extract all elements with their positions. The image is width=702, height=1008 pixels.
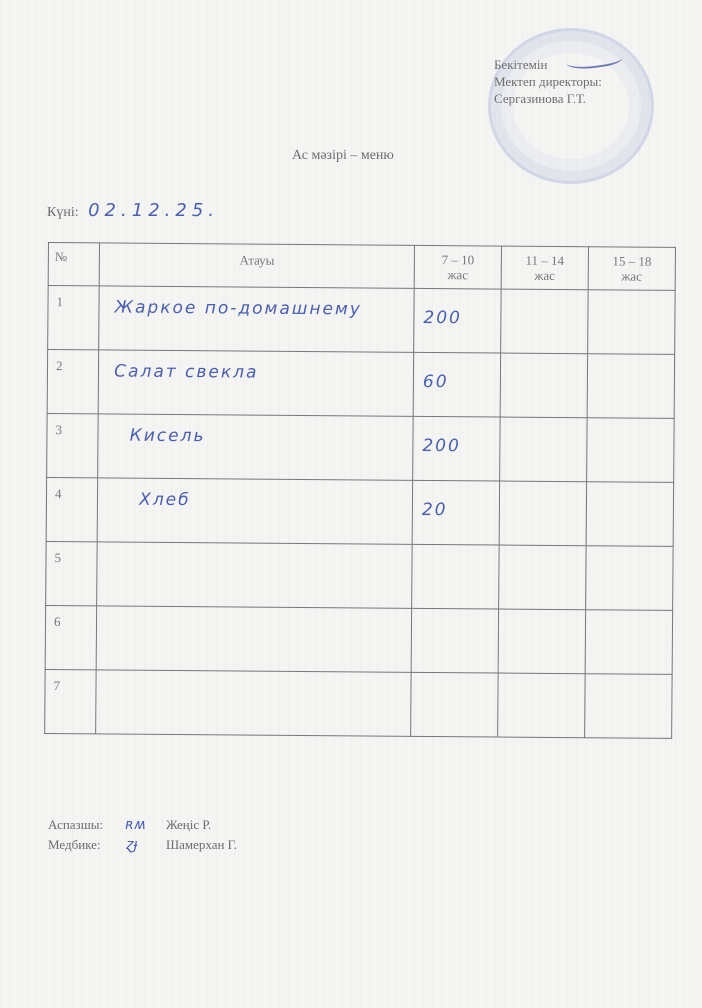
header-age-15-18: 15 – 18жас xyxy=(588,247,675,291)
header-no: № xyxy=(48,243,100,286)
date-value: 02.12.25. xyxy=(88,200,219,221)
table-row: 2 Салат свекла 60 xyxy=(47,350,674,419)
table-row: 7 xyxy=(45,669,672,738)
dish-name xyxy=(96,670,411,736)
dish-name: Салат свекла xyxy=(98,350,413,416)
header-name: Атауы xyxy=(99,243,414,288)
qty-11-14 xyxy=(501,289,588,354)
qty-7-10 xyxy=(411,672,498,737)
dish-name: Хлеб xyxy=(97,478,412,544)
date-row: Күні: 02.12.25. xyxy=(47,200,219,221)
table-row: 4 Хлеб 20 xyxy=(46,477,673,546)
qty-15-18 xyxy=(588,290,676,355)
qty-7-10: 60 xyxy=(413,352,500,417)
header-age-11-14: 11 – 14жас xyxy=(501,246,588,290)
qty-11-14 xyxy=(499,481,586,546)
qty-15-18 xyxy=(586,546,674,611)
qty-15-18 xyxy=(585,674,673,739)
qty-11-14 xyxy=(500,353,587,418)
dish-name xyxy=(96,606,411,672)
qty-11-14 xyxy=(498,609,585,674)
nurse-signature-row: Медбике: ɀɟ Шамерхан Г. xyxy=(48,835,237,855)
table-row: 1 Жаркое по-домашнему 200 xyxy=(48,286,675,355)
nurse-label: Медбике: xyxy=(48,835,126,855)
qty-11-14 xyxy=(498,673,585,738)
qty-7-10 xyxy=(412,544,499,609)
qty-11-14 xyxy=(499,545,586,610)
document-title: Ас мәзірі – меню xyxy=(292,148,394,164)
row-number: 2 xyxy=(47,350,99,414)
row-number: 7 xyxy=(45,669,97,733)
date-label: Күні: xyxy=(47,205,79,220)
row-number: 6 xyxy=(45,605,97,669)
dish-name: Кисель xyxy=(98,414,413,480)
cook-label: Аспазшы: xyxy=(48,815,126,835)
dish-name: Жаркое по-домашнему xyxy=(99,286,414,352)
cook-name: Жеңіс Р. xyxy=(166,815,211,835)
table-row: 3 Кисель 200 xyxy=(47,413,674,482)
nurse-name: Шамерхан Г. xyxy=(166,835,237,855)
table-row: 5 xyxy=(46,541,673,610)
nurse-signature: ɀɟ xyxy=(126,835,166,855)
cook-signature-row: Аспазшы: ʀʍ Жеңіс Р. xyxy=(48,815,237,835)
table-header-row: № Атауы 7 – 10жас 11 – 14жас 15 – 18жас xyxy=(48,243,675,291)
qty-7-10 xyxy=(411,608,498,673)
qty-7-10: 200 xyxy=(413,416,500,481)
table-row: 6 xyxy=(45,605,672,674)
qty-15-18 xyxy=(585,610,673,675)
qty-7-10: 200 xyxy=(414,288,501,353)
row-number: 1 xyxy=(48,286,100,350)
qty-11-14 xyxy=(500,417,587,482)
row-number: 4 xyxy=(46,477,98,541)
qty-15-18 xyxy=(587,418,675,483)
menu-table: № Атауы 7 – 10жас 11 – 14жас 15 – 18жас … xyxy=(44,242,676,739)
qty-15-18 xyxy=(587,354,675,419)
cook-signature: ʀʍ xyxy=(126,815,166,835)
approval-line-3: Сергазинова Г.Т. xyxy=(494,90,602,107)
qty-7-10: 20 xyxy=(412,480,499,545)
qty-15-18 xyxy=(586,482,674,547)
row-number: 5 xyxy=(46,541,98,605)
signatures-block: Аспазшы: ʀʍ Жеңіс Р. Медбике: ɀɟ Шамерха… xyxy=(48,815,237,855)
row-number: 3 xyxy=(47,413,99,477)
approval-line-2: Мектеп директоры: xyxy=(494,73,602,90)
dish-name xyxy=(97,542,412,608)
header-age-7-10: 7 – 10жас xyxy=(414,245,501,289)
